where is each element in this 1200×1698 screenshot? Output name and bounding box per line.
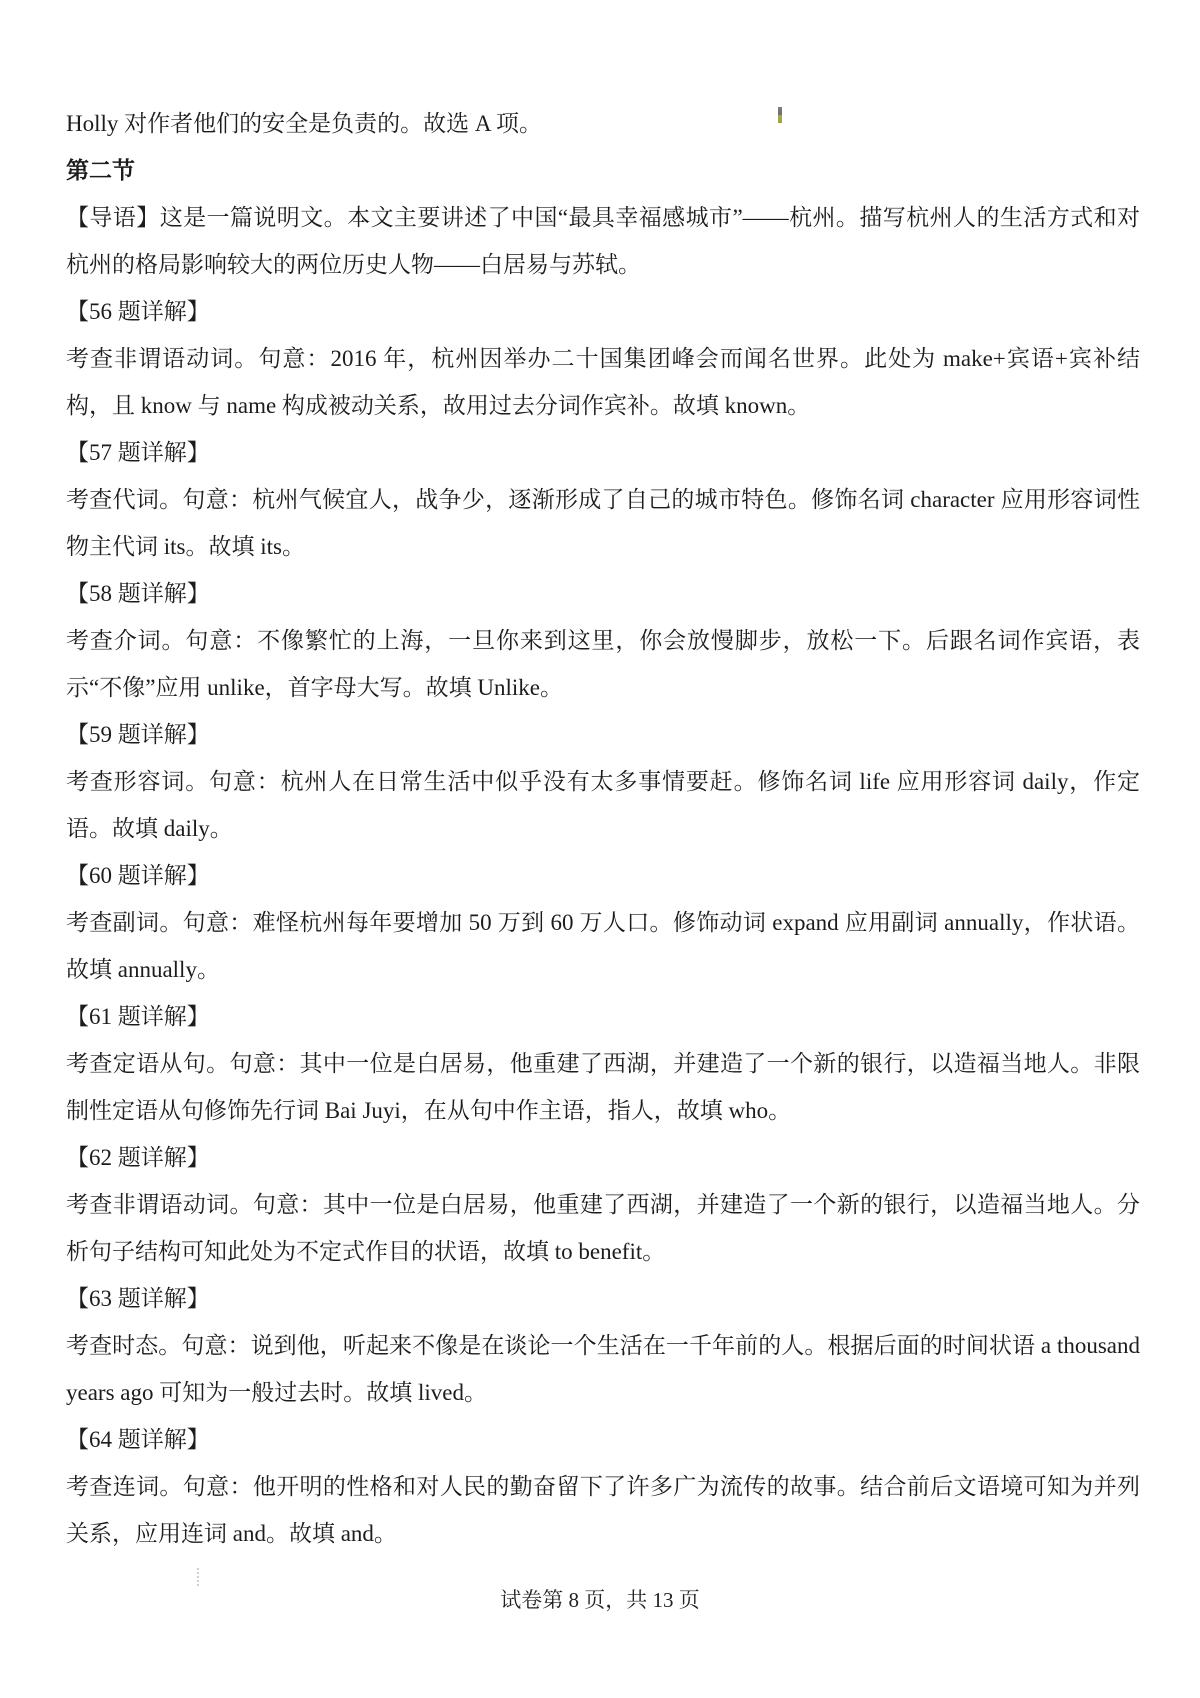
explanation-body: 考查代词。句意：杭州气候宜人，战争少，逐渐形成了自己的城市特色。修饰名词 cha… bbox=[66, 476, 1140, 570]
page-footer: 试卷第 8 页，共 13 页 bbox=[0, 1586, 1200, 1614]
explanation-heading: 【56 题详解】 bbox=[66, 288, 1140, 335]
explanation-block-64: 【64 题详解】 考查连词。句意：他开明的性格和对人民的勤奋留下了许多广为流传的… bbox=[66, 1416, 1140, 1557]
carryover-answer-line: Holly 对作者他们的安全是负责的。故选 A 项。 bbox=[66, 100, 1140, 147]
explanation-body: 考查介词。句意：不像繁忙的上海，一旦你来到这里，你会放慢脚步，放松一下。后跟名词… bbox=[66, 617, 1140, 711]
explanation-body: 考查定语从句。句意：其中一位是白居易，他重建了西湖，并建造了一个新的银行，以造福… bbox=[66, 1040, 1140, 1134]
explanation-heading: 【59 题详解】 bbox=[66, 711, 1140, 758]
explanation-heading: 【60 题详解】 bbox=[66, 852, 1140, 899]
explanation-heading: 【57 题详解】 bbox=[66, 429, 1140, 476]
page-body: Holly 对作者他们的安全是负责的。故选 A 项。 第二节 【导语】这是一篇说… bbox=[0, 0, 1200, 1557]
stray-dotted-artifact bbox=[197, 1568, 199, 1586]
explanation-block-61: 【61 题详解】 考查定语从句。句意：其中一位是白居易，他重建了西湖，并建造了一… bbox=[66, 993, 1140, 1134]
explanation-block-56: 【56 题详解】 考查非谓语动词。句意：2016 年，杭州因举办二十国集团峰会而… bbox=[66, 288, 1140, 429]
document-page: Holly 对作者他们的安全是负责的。故选 A 项。 第二节 【导语】这是一篇说… bbox=[0, 0, 1200, 1698]
explanation-body: 考查副词。句意：难怪杭州每年要增加 50 万到 60 万人口。修饰动词 expa… bbox=[66, 899, 1140, 993]
explanation-heading: 【61 题详解】 bbox=[66, 993, 1140, 1040]
explanation-block-63: 【63 题详解】 考查时态。句意：说到他，听起来不像是在谈论一个生活在一千年前的… bbox=[66, 1275, 1140, 1416]
section-heading: 第二节 bbox=[66, 147, 1140, 194]
explanation-block-58: 【58 题详解】 考查介词。句意：不像繁忙的上海，一旦你来到这里，你会放慢脚步，… bbox=[66, 570, 1140, 711]
explanation-heading: 【64 题详解】 bbox=[66, 1416, 1140, 1463]
explanation-block-59: 【59 题详解】 考查形容词。句意：杭州人在日常生活中似乎没有太多事情要赶。修饰… bbox=[66, 711, 1140, 852]
explanation-block-60: 【60 题详解】 考查副词。句意：难怪杭州每年要增加 50 万到 60 万人口。… bbox=[66, 852, 1140, 993]
lead-paragraph: 【导语】这是一篇说明文。本文主要讲述了中国“最具幸福感城市”——杭州。描写杭州人… bbox=[66, 194, 1140, 288]
explanation-body: 考查非谓语动词。句意：2016 年，杭州因举办二十国集团峰会而闻名世界。此处为 … bbox=[66, 335, 1140, 429]
explanation-body: 考查形容词。句意：杭州人在日常生活中似乎没有太多事情要赶。修饰名词 life 应… bbox=[66, 758, 1140, 852]
explanation-body: 考查连词。句意：他开明的性格和对人民的勤奋留下了许多广为流传的故事。结合前后文语… bbox=[66, 1463, 1140, 1557]
explanation-block-62: 【62 题详解】 考查非谓语动词。句意：其中一位是白居易，他重建了西湖，并建造了… bbox=[66, 1134, 1140, 1275]
explanation-body: 考查非谓语动词。句意：其中一位是白居易，他重建了西湖，并建造了一个新的银行，以造… bbox=[66, 1181, 1140, 1275]
explanation-heading: 【62 题详解】 bbox=[66, 1134, 1140, 1181]
explanation-body: 考查时态。句意：说到他，听起来不像是在谈论一个生活在一千年前的人。根据后面的时间… bbox=[66, 1322, 1140, 1416]
explanation-heading: 【63 题详解】 bbox=[66, 1275, 1140, 1322]
stray-cursor-artifact bbox=[778, 107, 782, 123]
explanation-heading: 【58 题详解】 bbox=[66, 570, 1140, 617]
explanation-block-57: 【57 题详解】 考查代词。句意：杭州气候宜人，战争少，逐渐形成了自己的城市特色… bbox=[66, 429, 1140, 570]
